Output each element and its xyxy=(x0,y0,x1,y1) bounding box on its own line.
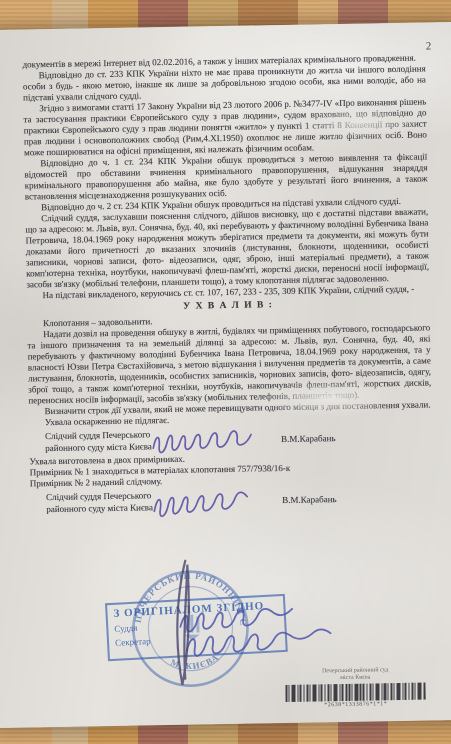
barcode-icon xyxy=(285,683,425,702)
paragraph-article-234-part1: Відповідно до ч. 1 ст. 234 КПК України о… xyxy=(24,151,428,202)
photo-scene: 2 документів в мережі Інтернет від 02.02… xyxy=(0,0,451,744)
ruling-text-block: документів в мережі Інтернет від 02.02.2… xyxy=(22,52,433,517)
paragraph-echr-practice: Згідно з вимогами статті 17 Закону Украї… xyxy=(23,96,427,158)
page-number: 2 xyxy=(426,40,432,52)
judge-role-lines: Слідчий суддя Печерського районного суду… xyxy=(46,489,153,515)
pen-loop-stroke-icon xyxy=(171,559,199,689)
judge-name: В.М.Карабань xyxy=(281,433,336,445)
judge-signature-icon xyxy=(149,422,280,458)
court-ruling-page: 2 документів в мережі Інтернет від 02.02… xyxy=(0,22,451,728)
judge-role-line2: районного суду міста Києва xyxy=(45,440,152,454)
signature-block-2: Слідчий суддя Печерського районного суду… xyxy=(30,484,433,517)
barcode-number: *2638*1333876*1*1* xyxy=(286,701,426,709)
stamp-signature-2-icon xyxy=(182,625,383,660)
paragraph-judge-conclusion: Слідчий суддя, заслухавши пояснення слід… xyxy=(25,206,429,290)
resolution-search-permission: Надати дозвіл на проведення обшуку в жит… xyxy=(27,322,431,406)
barcode-court-line2: міста Києва xyxy=(285,674,425,683)
registration-barcode-block: Печерський районний суд міста Києва *263… xyxy=(285,667,426,709)
judge-signature-icon xyxy=(150,483,281,519)
judge-name: В.М.Карабань xyxy=(282,494,337,506)
judge-role-lines: Слідчий суддя Печерського районного суду… xyxy=(45,428,152,454)
judge-role-line2: районного суду міста Києва xyxy=(46,501,153,515)
